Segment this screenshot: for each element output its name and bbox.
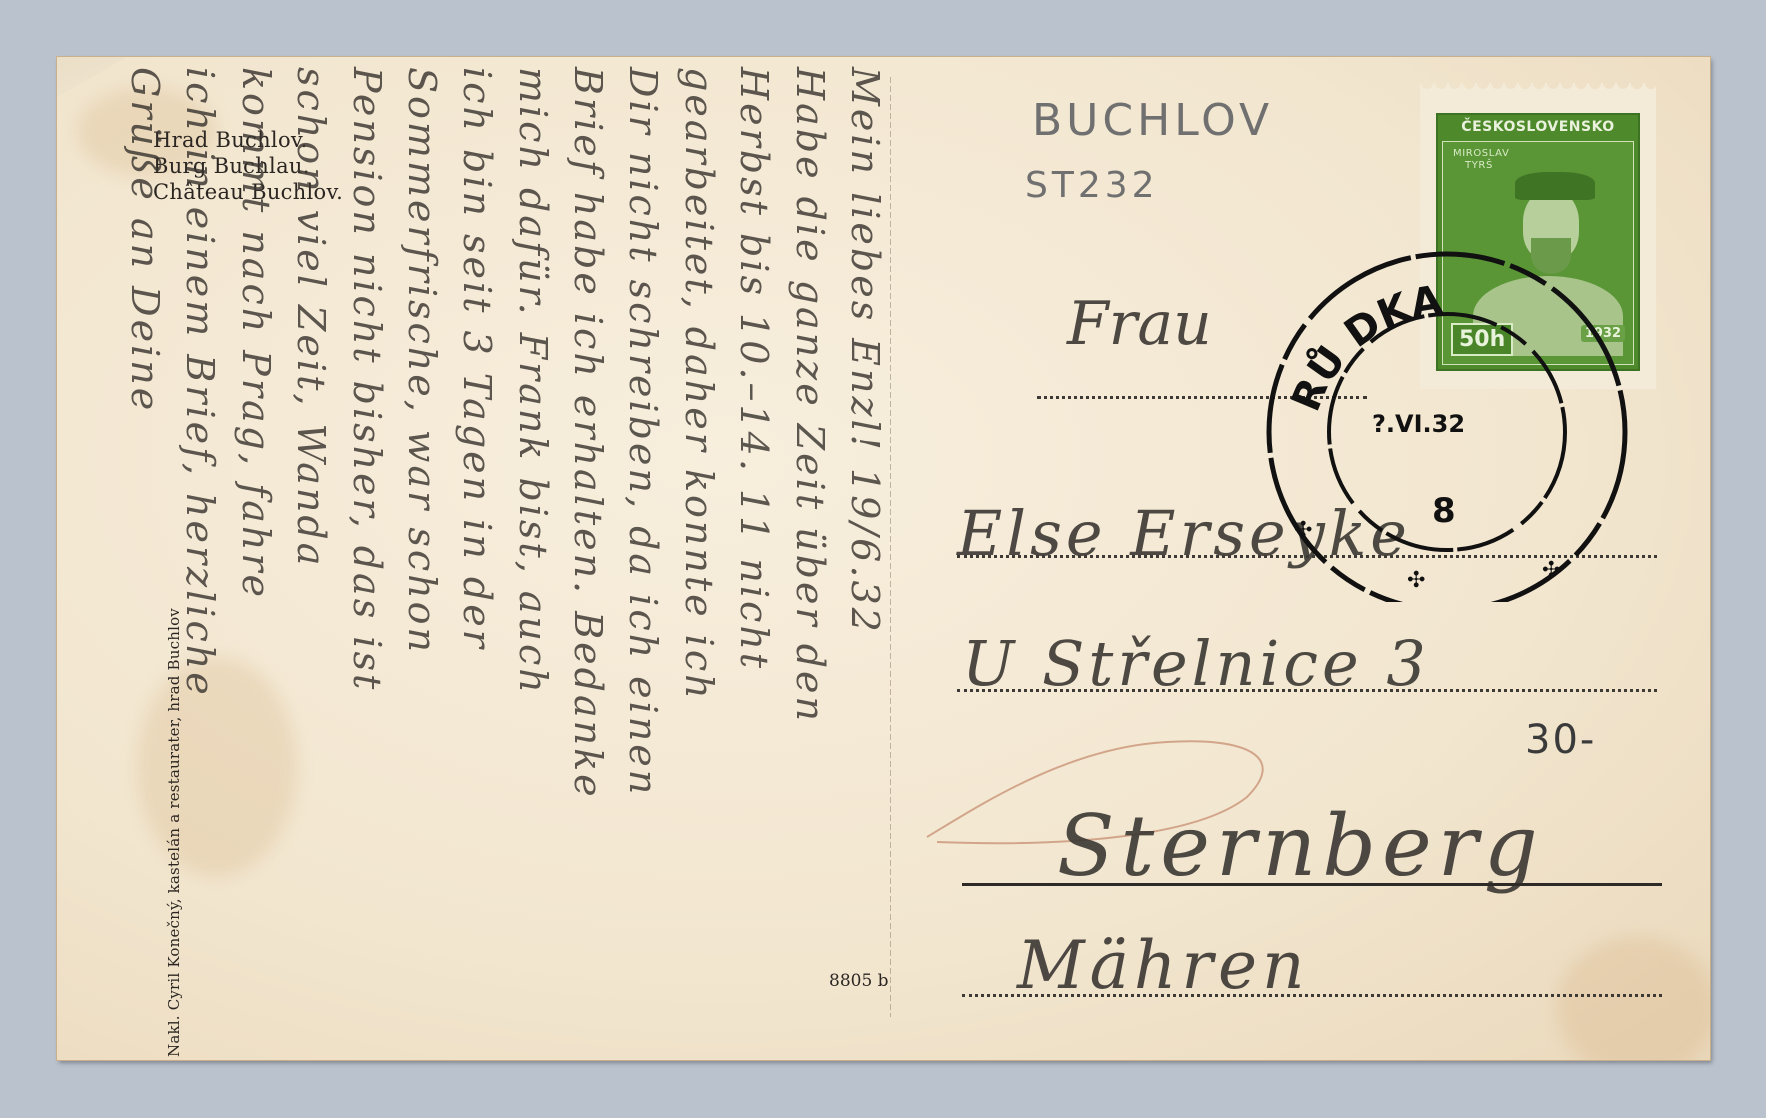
pencil-note-location: BUCHLOV xyxy=(1032,95,1273,146)
serial-number: 8805 b xyxy=(829,971,889,991)
pencil-note-code: ST232 xyxy=(1025,165,1159,206)
message-line: Sommerfrische, war schon xyxy=(400,67,444,655)
portrait-beard xyxy=(1531,238,1571,274)
message-line: Dir nicht schreiben, da ich einen xyxy=(621,67,665,797)
message-line: Grüße an Deine xyxy=(123,67,167,413)
stamp-face: ČESKOSLOVENSKO MIROSLAV TYRŠ 50h 1932 xyxy=(1436,113,1640,371)
svg-text:8: 8 xyxy=(1432,491,1456,531)
stamp-country: ČESKOSLOVENSKO xyxy=(1438,119,1638,135)
stamp-denomination: 50h xyxy=(1451,323,1513,356)
address-line-5 xyxy=(962,994,1662,997)
address-line-1 xyxy=(1037,396,1367,399)
postage-stamp: ČESKOSLOVENSKO MIROSLAV TYRŠ 50h 1932 xyxy=(1420,83,1656,389)
pencil-note-price: 30- xyxy=(1525,717,1596,763)
address-salutation: Frau xyxy=(1067,289,1212,359)
portrait-cap xyxy=(1515,172,1595,200)
stamp-subject-last: TYRŠ xyxy=(1453,160,1509,172)
address-line-3 xyxy=(957,689,1657,692)
address-city: Sternberg xyxy=(1057,797,1544,895)
message-line: Herbst bis 10.–14. 11 nicht xyxy=(732,67,776,671)
postcard-back: Hrad Buchlov. Burg Buchlau. Château Buch… xyxy=(57,57,1710,1060)
message-line: Brief habe ich erhalten. Bedanke xyxy=(566,67,610,800)
stamp-subject-first: MIROSLAV xyxy=(1453,148,1509,160)
svg-text:✣: ✣ xyxy=(1542,558,1560,583)
stamp-subject: MIROSLAV TYRŠ xyxy=(1453,148,1509,172)
stamp-year: 1932 xyxy=(1581,325,1625,342)
message-line: mich dafür. Frank bist, auch xyxy=(511,67,555,696)
address-line-2 xyxy=(957,555,1657,558)
address-region: Mähren xyxy=(1017,927,1310,1004)
message-line: schon viel Zeit, Wanda xyxy=(289,67,333,568)
address-name: Else Erseyke xyxy=(957,497,1411,570)
message-line: kommt nach Prag, fahre xyxy=(234,67,278,600)
divider-line xyxy=(890,77,891,1017)
svg-text:✣: ✣ xyxy=(1407,568,1425,593)
message-line: Mein liebes Enzl! 19/6.32 xyxy=(843,67,887,635)
svg-text:?.VI.32: ?.VI.32 xyxy=(1372,410,1465,438)
message-line: ich bin seit 3 Tagen in der xyxy=(455,67,499,651)
message-line: gearbeitet, daher konnte ich xyxy=(677,67,721,702)
message-line: Pension nicht bisher, das ist xyxy=(345,67,389,692)
age-stain xyxy=(1557,937,1710,1060)
stamp-panel: MIROSLAV TYRŠ 50h 1932 xyxy=(1442,141,1634,365)
message-line: Habe die ganze Zeit über den xyxy=(788,67,832,724)
address-line-4 xyxy=(962,883,1662,886)
message-line: ich in einem Brief, herzliche xyxy=(178,67,222,698)
